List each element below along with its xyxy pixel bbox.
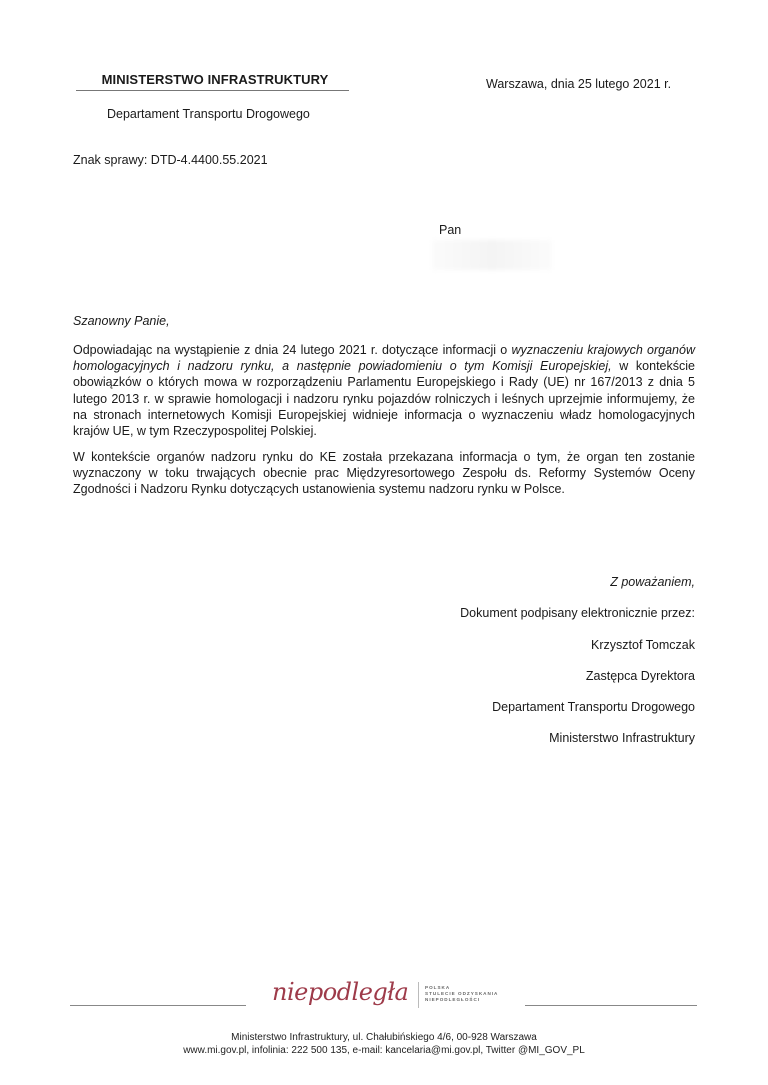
signatory-name: Krzysztof Tomczak [395,638,695,652]
ministry-heading: MINISTERSTWO INFRASTRUKTURY [82,72,348,87]
salutation: Szanowny Panie, [73,314,170,328]
footer-contact: www.mi.gov.pl, infolinia: 222 500 135, e… [0,1045,768,1056]
addressee-label: Pan [439,223,461,237]
case-reference: Znak sprawy: DTD-4.4400.55.2021 [73,153,268,167]
logo-divider [418,982,419,1008]
logo-tagline-line: NIEPODLEGŁOŚCI [425,997,498,1003]
signatory-title: Zastępca Dyrektora [395,669,695,683]
place-and-date: Warszawa, dnia 25 lutego 2021 r. [486,77,671,91]
paragraph-1: Odpowiadając na wystąpienie z dnia 24 lu… [73,342,695,439]
paragraph-1-run: Odpowiadając na wystąpienie z dnia 24 lu… [73,343,511,357]
signed-electronically-note: Dokument podpisany elektronicznie przez: [395,606,695,620]
signatory-department: Departament Transportu Drogowego [395,700,695,714]
niepodlegla-logo: niepodległa POLSKA STULECIE ODZYSKANIA N… [268,978,508,1014]
logo-script-text: niepodległa [272,978,408,1006]
footer-rule-right [525,1005,697,1006]
footer-rule-left [70,1005,246,1006]
footer-address: Ministerstwo Infrastruktury, ul. Chałubi… [0,1032,768,1043]
addressee-redacted-name [432,240,552,270]
department-name: Departament Transportu Drogowego [107,107,310,121]
logo-tagline: POLSKA STULECIE ODZYSKANIA NIEPODLEGŁOŚC… [425,985,498,1003]
heading-underline [76,90,349,91]
signatory-ministry: Ministerstwo Infrastruktury [395,731,695,745]
closing-phrase: Z poważaniem, [395,575,695,589]
paragraph-2: W kontekście organów nadzoru rynku do KE… [73,449,695,498]
